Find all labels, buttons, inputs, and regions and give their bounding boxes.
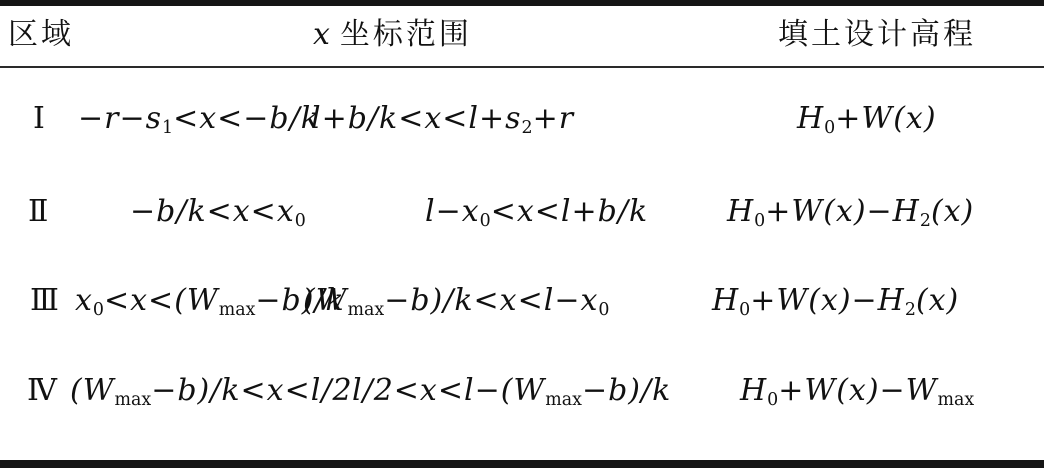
- region-numeral: Ⅳ: [27, 368, 57, 414]
- range-formula-2: l+b/k<x<l+s2+r: [311, 96, 574, 142]
- table: 区域 x坐标范围 填土设计高程 Ⅰ −r−s1<x<−b/k l+b/k<x<l…: [0, 0, 1044, 468]
- elevation-formula: H0+W(x): [797, 96, 937, 142]
- header-region: 区域: [8, 10, 74, 60]
- region-numeral: Ⅱ: [28, 189, 48, 235]
- header-range: x坐标范围: [313, 10, 472, 60]
- elevation-formula: H0+W(x)−Wmax: [740, 368, 974, 414]
- range-formula-1: −r−s1<x<−b/k: [78, 96, 320, 142]
- elevation-formula: H0+W(x)−H2(x): [727, 189, 974, 235]
- header-elevation: 填土设计高程: [778, 10, 976, 60]
- table-top-rule: [0, 0, 1044, 6]
- range-formula-1: −b/k<x<x0: [130, 189, 306, 235]
- region-numeral: Ⅲ: [30, 278, 59, 324]
- range-formula-2: (Wmax−b)/k<x<l−x0: [303, 278, 609, 324]
- header-separator-rule: [0, 66, 1044, 68]
- elevation-formula: H0+W(x)−H2(x): [712, 278, 959, 324]
- range-formula-2: l−x0<x<l+b/k: [425, 189, 648, 235]
- range-formula-1: (Wmax−b)/k<x<l/2: [70, 368, 353, 414]
- region-numeral: Ⅰ: [33, 96, 45, 142]
- header-range-label: 坐标范围: [340, 18, 472, 51]
- table-bottom-rule: [0, 460, 1044, 468]
- range-formula-2: l/2<x<l−(Wmax−b)/k: [352, 368, 671, 414]
- header-range-variable: x: [313, 17, 330, 52]
